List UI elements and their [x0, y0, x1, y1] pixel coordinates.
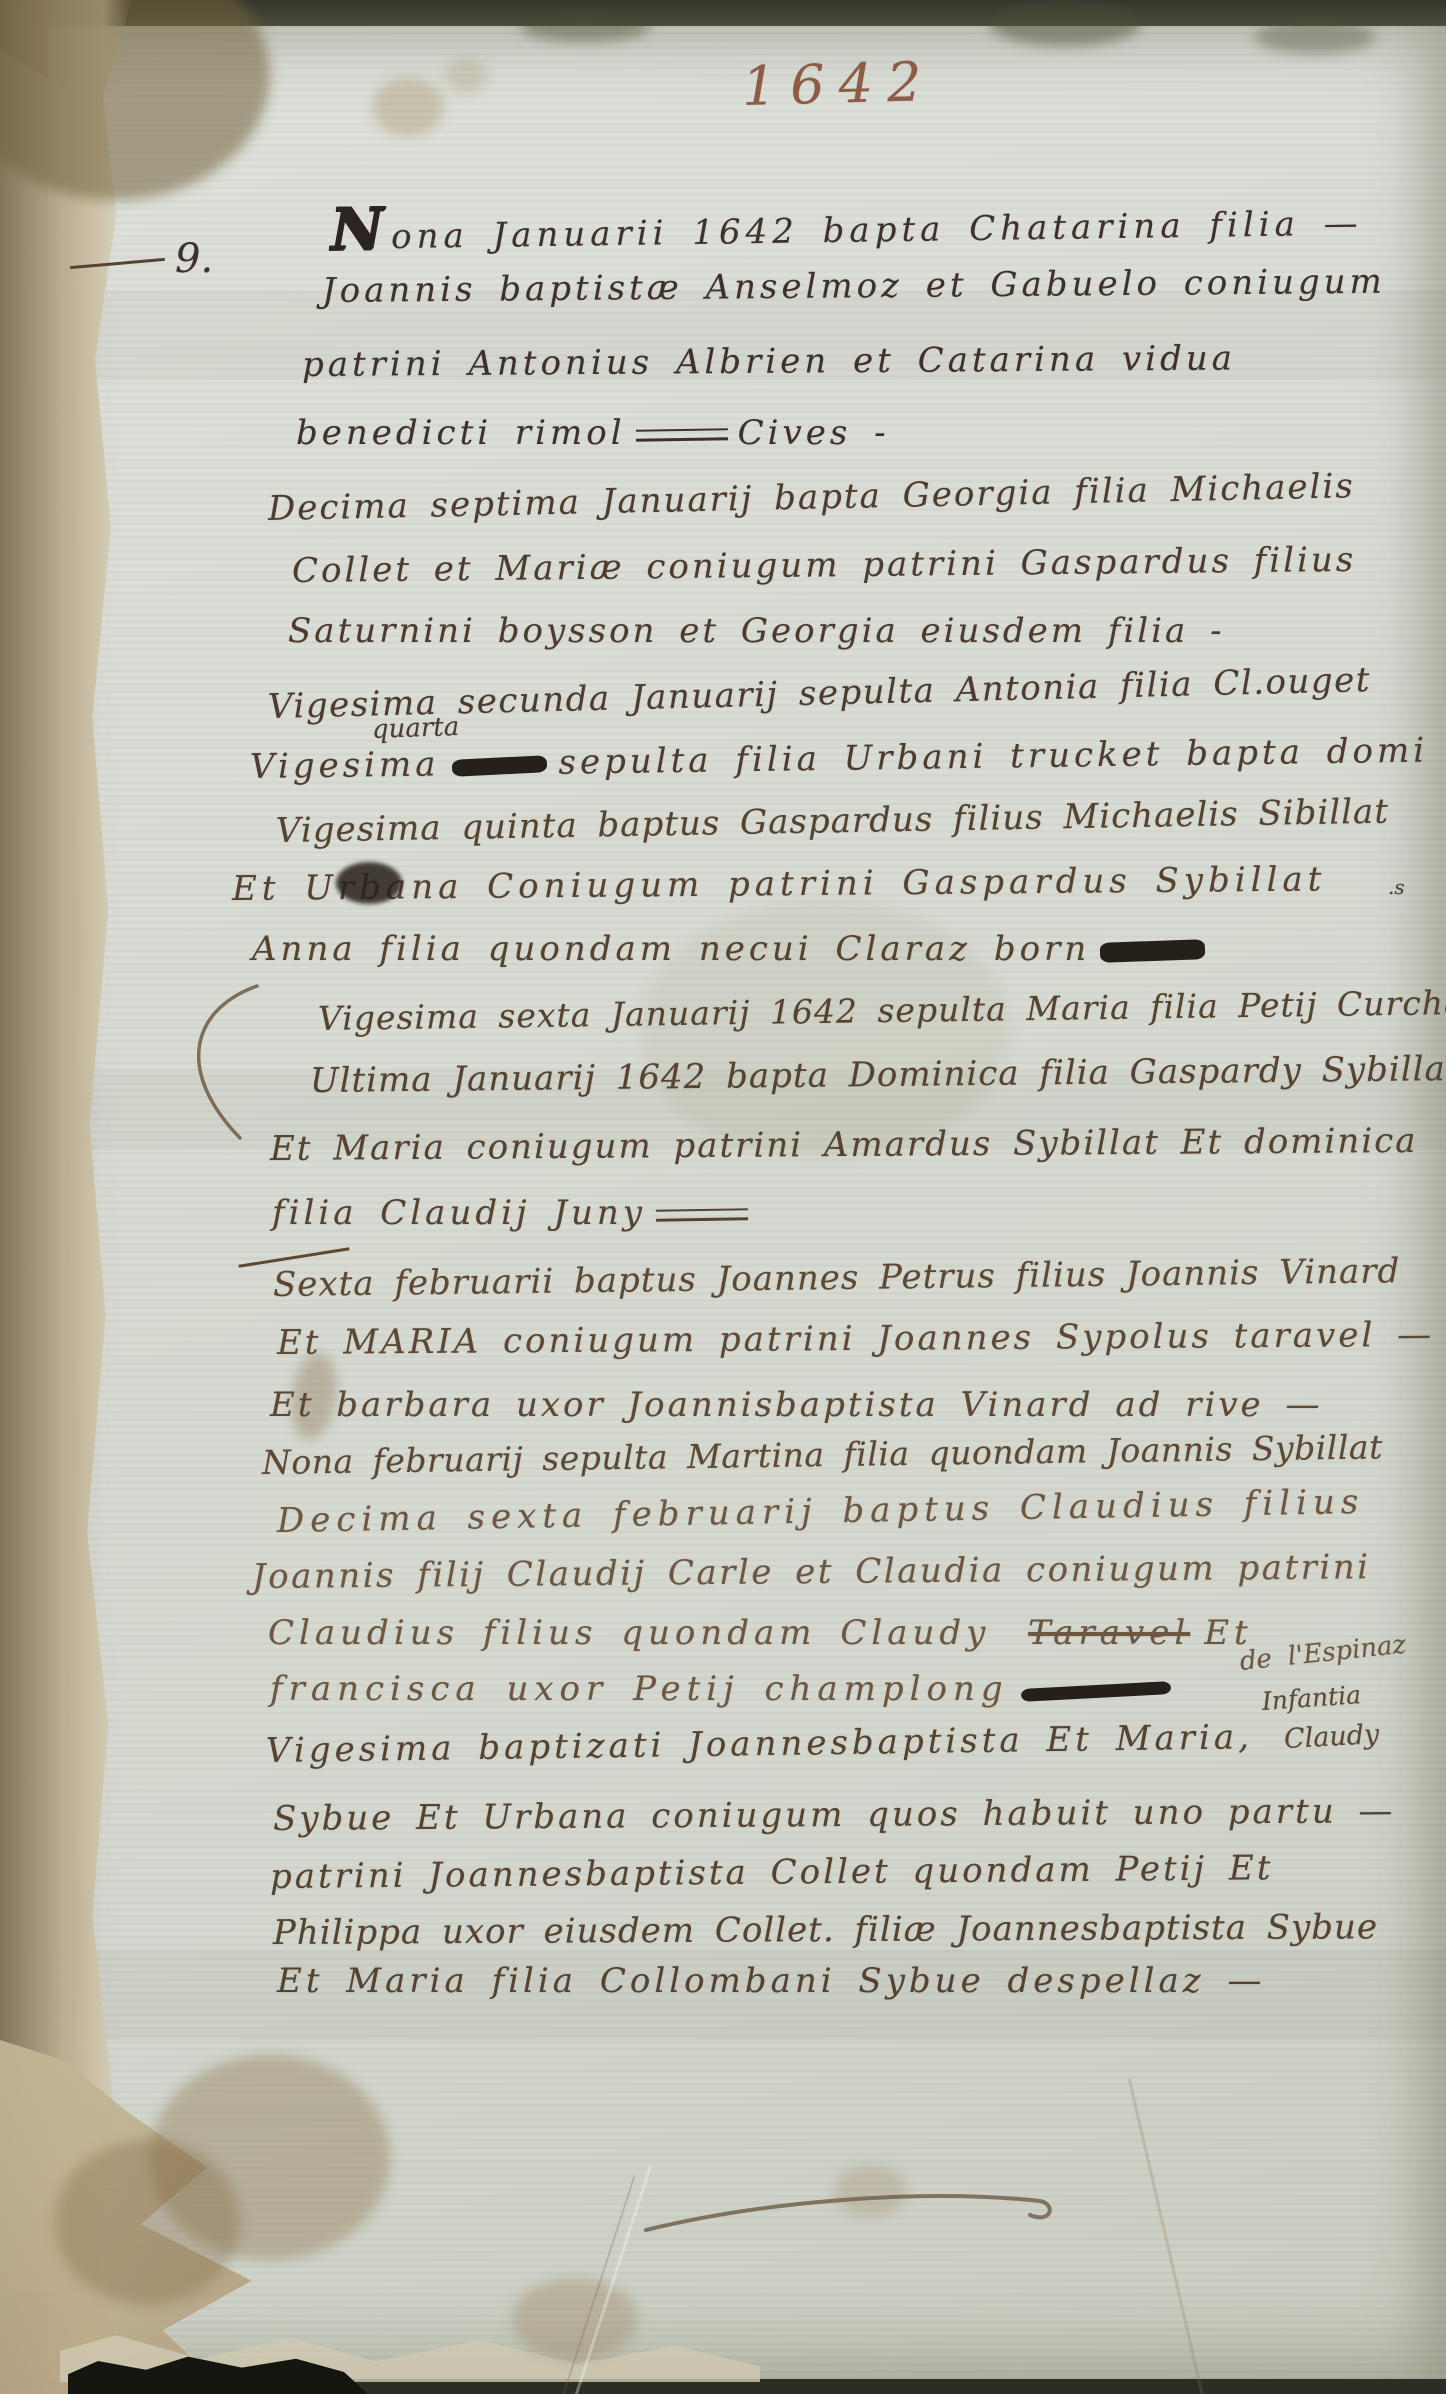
record-3-line-2-pre: Vigesima	[250, 744, 440, 787]
record-1-line-3: patrini Antonius Albrien et Catarina vid…	[302, 339, 1236, 385]
ink-dash	[656, 1208, 748, 1222]
year-heading: 1642	[741, 51, 936, 118]
record-4-line-3: Anna filia quondam necui Claraz born	[252, 930, 1205, 969]
stain	[512, 2278, 637, 2360]
ink-dash	[636, 428, 728, 442]
page-number-row: 9.	[70, 236, 213, 282]
record-7-line-2: Et MARIA coniugum patrini Joannes Sypolu…	[277, 1316, 1434, 1363]
margin-dash	[70, 257, 165, 268]
record-1-line-4: benedicti rimolCives -	[296, 414, 890, 453]
record-4-line-3-text: Anna filia quondam necui Claraz born	[252, 929, 1090, 969]
record-1-line-4-tail: Cives -	[738, 413, 890, 453]
stain	[55, 2140, 240, 2305]
record-7-line-3: Et barbara uxor Joannisbaptista Vinard a…	[270, 1386, 1323, 1425]
record-9-line-3-pre: Claudius filius quondam Claudy	[268, 1613, 990, 1653]
ink-blot	[336, 862, 402, 904]
record-6-line-3: filia Claudij Juny	[272, 1194, 758, 1233]
record-9-struck-word: Taravel	[1028, 1613, 1190, 1653]
margin-note-claudy: Claudy	[1283, 1719, 1380, 1755]
record-3-inserted-word: quarta	[371, 713, 459, 746]
ink-scribble	[451, 755, 547, 777]
record-1-line-1-text: ona Januarii 1642 bapta Chatarina filia …	[391, 204, 1363, 258]
record-6-line-3-text: filia Claudij Juny	[272, 1193, 646, 1233]
record-1-line-4-text: benedicti rimol	[296, 413, 626, 453]
record-9-line-4-text: francisca uxor Petij champlong	[270, 1669, 1009, 1709]
record-6-line-2: Et Maria coniugum patrini Amardus Sybill…	[270, 1122, 1418, 1169]
ink-flourish-bottom	[640, 2168, 1080, 2248]
record-9-line-3: Claudius filius quondam Claudy TaravelEt	[268, 1614, 1253, 1653]
record-10-line-2: Sybue Et Urbana coniugum quos habuit uno…	[273, 1792, 1396, 1839]
record-1-initial: N	[330, 194, 384, 263]
ink-flourish-bracket	[162, 980, 272, 1145]
record-10-line-4: Philippa uxor eiusdem Collet. filiæ Joan…	[273, 1908, 1378, 1953]
record-2-line-3: Saturnini boysson et Georgia eiusdem fil…	[288, 612, 1225, 651]
ink-scribble	[1100, 939, 1206, 963]
stain	[520, 12, 650, 42]
manuscript-page: 1642 9. Nona Januarii 1642 bapta Chatari…	[0, 0, 1446, 2394]
stain	[372, 78, 444, 136]
record-9-line-4: francisca uxor Petij champlong	[270, 1670, 1171, 1709]
stain	[445, 58, 487, 94]
stain	[1255, 20, 1375, 54]
ink-scribble	[1020, 1681, 1170, 1702]
stain	[990, 2, 1140, 46]
page-number: 9.	[175, 236, 213, 282]
record-4-line-2-tail: .s	[1388, 876, 1405, 899]
record-10-line-5: Et Maria filia Collombani Sybue despella…	[277, 1962, 1265, 2001]
